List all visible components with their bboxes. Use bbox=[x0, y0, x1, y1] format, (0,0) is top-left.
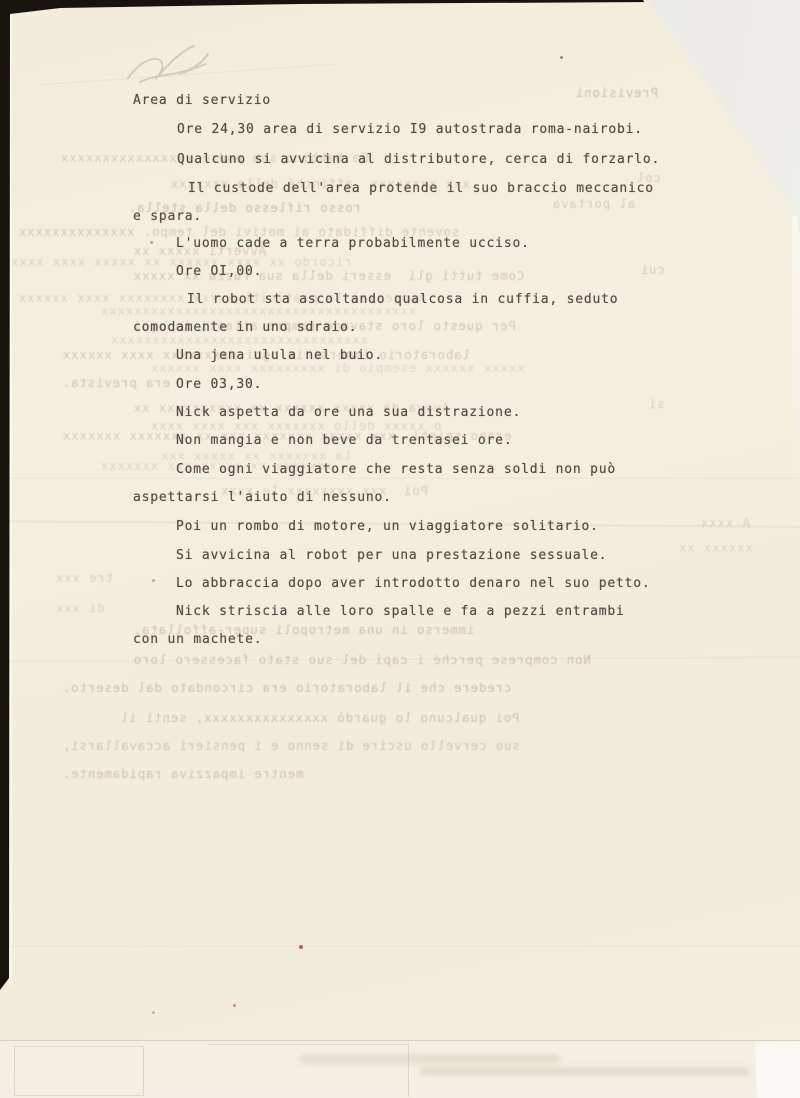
underlying-card-outline bbox=[14, 1046, 144, 1096]
typed-line-10: Una jena ulula nel buio. bbox=[176, 348, 383, 363]
ghost-line: al portava bbox=[552, 196, 635, 211]
paper-sheet: PrevisioniDa bambino sua padre xxxxxxxxx… bbox=[0, 0, 800, 1098]
typed-line-18: Lo abbraccia dopo aver introdotto denaro… bbox=[176, 576, 650, 591]
ghost-line: credere che il laboratorio era circondat… bbox=[62, 680, 512, 695]
typed-line-11: Ore 03,30. bbox=[176, 377, 262, 392]
red-dot bbox=[299, 945, 303, 949]
bottom-right-bright-patch bbox=[755, 1041, 800, 1098]
typed-line-9: comodamente in uno sdraio. bbox=[133, 320, 357, 335]
typed-line-13: Non mangia e non beve da trentasei ore. bbox=[176, 433, 512, 448]
typed-line-16: Poi un rombo di motore, un viaggiatore s… bbox=[176, 519, 599, 534]
ghost-line: mentre impazziva rapidamente. bbox=[62, 766, 303, 781]
typed-line-15: aspettarsi l'aiuto di nessuno. bbox=[133, 490, 392, 505]
dot-before-line bbox=[152, 579, 155, 582]
typed-line-14: Come ogni viaggiatore che resta senza so… bbox=[176, 462, 616, 477]
right-edge-sliver bbox=[792, 216, 800, 516]
underlying-sheet-edge bbox=[0, 1040, 800, 1098]
typed-line-8: Il robot sta ascoltando qualcosa in cuff… bbox=[187, 292, 618, 307]
typed-line-17: Si avvicina al robot per una prestazione… bbox=[176, 548, 607, 563]
ghost-line: si bbox=[648, 396, 665, 411]
pencil-scribble bbox=[110, 30, 250, 100]
typed-line-12: Nick aspetta da ore una sua distrazione. bbox=[176, 405, 521, 420]
ghost-line: era prevista. bbox=[62, 375, 170, 390]
ghost-line: xxxxxx xx bbox=[678, 540, 753, 555]
ghost-smudge bbox=[300, 1055, 560, 1063]
typed-line-7: Ore OI,00. bbox=[176, 264, 262, 279]
typed-line-4: Il custode dell'area protende il suo bra… bbox=[188, 181, 654, 196]
typed-line-3: Qualcuno si avvicina al distributore, ce… bbox=[177, 152, 660, 167]
ghost-line: suo cervello uscire di senno e i pensier… bbox=[62, 738, 520, 753]
typed-line-2: Ore 24,30 area di servizio I9 autostrada… bbox=[177, 122, 643, 137]
ghost-line: Poi qualcuno lo guardò xxxxxxxxxxxxxxx, … bbox=[120, 710, 520, 725]
ghost-line: cui bbox=[640, 262, 665, 277]
grey-speck bbox=[152, 1011, 155, 1014]
red-speck bbox=[233, 1004, 236, 1007]
ghost-line: Previsioni bbox=[575, 85, 658, 100]
ghost-line: Non comprese perché i capi del suo stato… bbox=[133, 652, 591, 667]
crease-line bbox=[0, 944, 800, 947]
ghost-line: tre xxx bbox=[55, 570, 113, 585]
ghost-line: di xxx bbox=[55, 600, 105, 615]
scanned-document: PrevisioniDa bambino sua padre xxxxxxxxx… bbox=[0, 0, 800, 1098]
ghost-line: A xxxx bbox=[700, 515, 750, 530]
typed-line-6: L'uomo cade a terra probabilmente ucciso… bbox=[176, 236, 530, 251]
underlying-card-outline bbox=[208, 1044, 409, 1097]
ink-speck bbox=[560, 56, 563, 59]
paper-left-edge-highlight bbox=[9, 0, 12, 985]
typed-line-20: con un machete. bbox=[133, 632, 262, 647]
dot-before-line bbox=[150, 241, 153, 244]
typed-line-1: Area di servizio bbox=[133, 93, 271, 108]
ghost-smudge bbox=[420, 1067, 750, 1075]
typed-line-19: Nick striscia alle loro spalle e fa a pe… bbox=[176, 604, 625, 619]
typed-line-5: e spara. bbox=[133, 209, 202, 224]
